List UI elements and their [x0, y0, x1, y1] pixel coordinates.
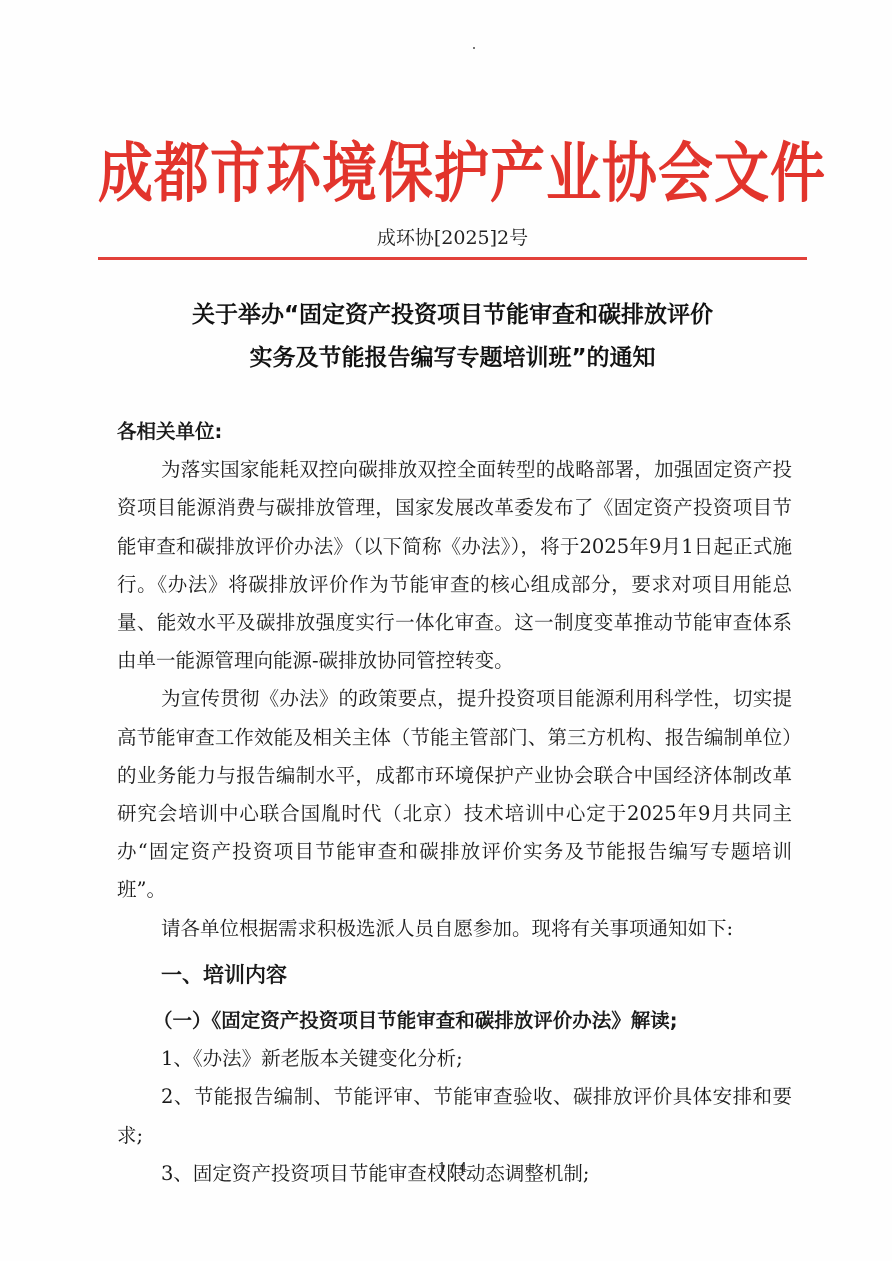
organization-header: 成都市环境保护产业协会文件 — [98, 120, 807, 226]
list-item: 2、节能报告编制、节能评审、节能审查验收、碳排放评价具体安排和要求; — [117, 1078, 792, 1154]
section-heading-training-content: 一、培训内容 — [117, 956, 792, 994]
notice-title-line-2: 实务及节能报告编写专题培训班”的通知 — [98, 343, 807, 373]
document-page: 成都市环境保护产业协会文件 成环协[2025]2号 关于举办“固定资产投资项目节… — [0, 0, 892, 1261]
subsection-heading-interpretation: （一）《固定资产投资项目节能审查和碳排放评价办法》解读; — [117, 1002, 792, 1040]
paragraph-invitation: 请各单位根据需求积极选派人员自愿参加。现将有关事项通知如下: — [117, 910, 792, 948]
list-item: 1、《办法》新老版本关键变化分析; — [117, 1040, 792, 1078]
document-number: 成环协[2025]2号 — [98, 226, 807, 250]
scan-artifact-dot — [473, 47, 475, 49]
paragraph-background: 为落实国家能耗双控向碳排放双控全面转型的战略部署，加强固定资产投资项目能源消费与… — [117, 451, 792, 680]
document-body: 各相关单位: 为落实国家能耗双控向碳排放双控全面转型的战略部署，加强固定资产投资… — [117, 413, 792, 1193]
salutation: 各相关单位: — [117, 413, 792, 451]
paragraph-purpose: 为宣传贯彻《办法》的政策要点，提升投资项目能源利用科学性，切实提高节能审查工作效… — [117, 680, 792, 909]
page-number: 1 / 4 — [98, 1161, 807, 1176]
notice-title-line-1: 关于举办“固定资产投资项目节能审查和碳排放评价 — [98, 300, 807, 330]
red-divider-rule — [98, 257, 807, 260]
